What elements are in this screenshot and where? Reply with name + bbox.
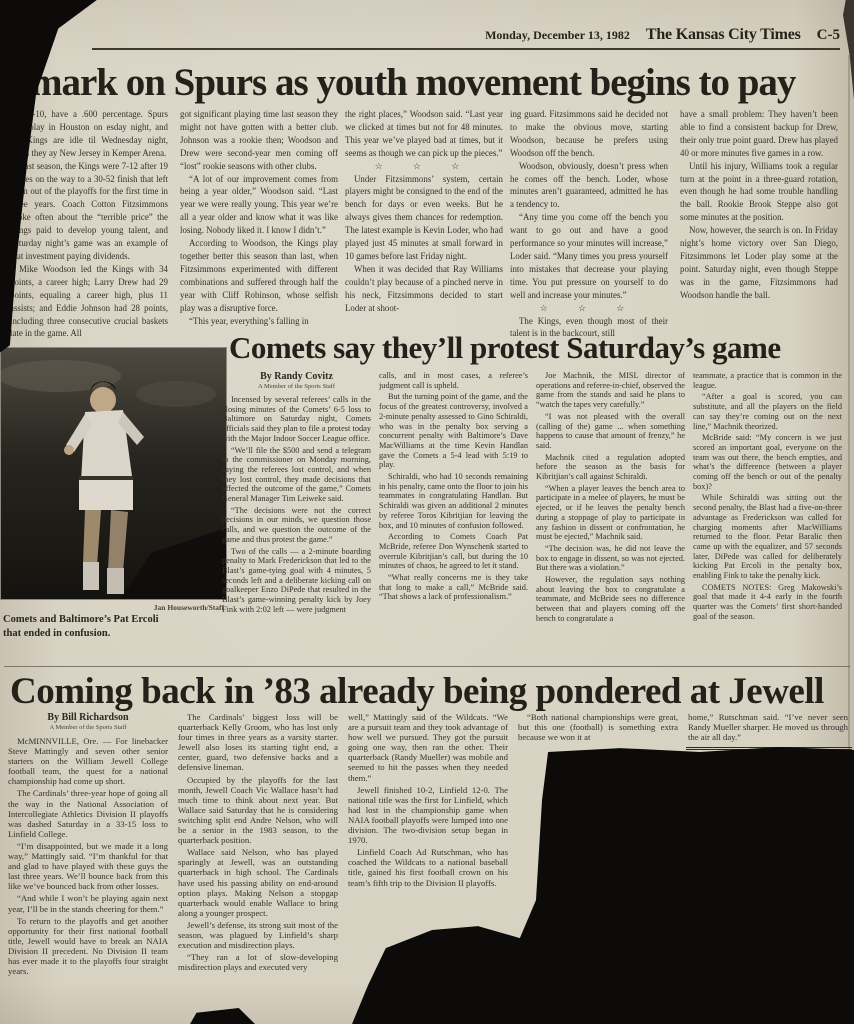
- photo-credit: Jan Houseworth/Staff: [0, 603, 224, 612]
- comets-column-4: teammate, a practice that is common in t…: [693, 371, 842, 666]
- masthead-page-number: C-5: [817, 27, 840, 44]
- paragraph: Occupied by the playoffs for the last mo…: [178, 775, 338, 846]
- comets-column-3: Joe Machnik, the MISL director of operat…: [536, 371, 685, 666]
- paragraph: “The decisions were not the correct deci…: [222, 506, 371, 545]
- paragraph: Mike Woodson led the Kings with 34 point…: [10, 263, 168, 340]
- jewell-column-1: By Bill Richardson A Member of the Sport…: [8, 712, 168, 1014]
- masthead-rule: [92, 48, 840, 50]
- paragraph: “Any time you come off the bench you wan…: [510, 211, 668, 301]
- spurs-column-1: rs, 15-10, have a .600 percentage. Spurs…: [10, 108, 168, 340]
- paragraph: calls, and in most cases, a referee’s ju…: [379, 371, 528, 390]
- newspaper-page: Monday, December 13, 1982 The Kansas Cit…: [0, 0, 854, 1024]
- paragraph: COMETS NOTES: Greg Makowski’s goal that …: [693, 583, 842, 622]
- paragraph: To return to the playoffs and get anothe…: [8, 916, 168, 977]
- spurs-column-3: the right places,” Woodson said. “Last y…: [345, 108, 503, 340]
- jewell-column-3: well,” Mattingly said of the Wildcats. “…: [348, 712, 508, 952]
- paragraph: “What really concerns me is they take th…: [379, 573, 528, 602]
- paragraph: When it was decided that Ray Williams co…: [345, 263, 503, 315]
- jewell-column-1-text: McMINNVILLE, Ore. — For linebacker Steve…: [8, 736, 168, 976]
- jewell-headline: Coming back in ’83 already being pondere…: [10, 670, 824, 713]
- jewell-section-rule: [4, 666, 850, 667]
- star-separator: ☆ ☆ ☆: [510, 302, 668, 315]
- paragraph: Under Fitzsimmons’ system, certain playe…: [345, 173, 503, 263]
- paragraph: While Schiraldi was sitting out the seco…: [693, 493, 842, 580]
- comets-column-1-text: Incensed by several referees’ calls in t…: [222, 395, 371, 614]
- paragraph: Incensed by several referees’ calls in t…: [222, 395, 371, 444]
- paragraph: the right places,” Woodson said. “Last y…: [345, 108, 503, 160]
- comets-headline: Comets say they’ll protest Saturday’s ga…: [229, 330, 781, 366]
- jewell-byline: By Bill Richardson A Member of the Sport…: [8, 712, 168, 732]
- paragraph: Jewell’s defense, its strong suit most o…: [178, 920, 338, 950]
- paragraph: The Cardinals’ three-year hope of going …: [8, 788, 168, 838]
- paragraph: Two of the calls — a 2-minute boarding p…: [222, 547, 371, 615]
- spurs-column-4: ing guard. Fitzsimmons said he decided n…: [510, 108, 668, 340]
- comets-byline: By Randy Covitz A Member of the Sports S…: [222, 371, 371, 391]
- paragraph: “The decision was, he did not leave the …: [536, 544, 685, 573]
- masthead-paper-name: The Kansas City Times: [646, 26, 801, 44]
- jewell-column-2: The Cardinals’ biggest loss will be quar…: [178, 712, 338, 1014]
- paragraph: McBride said: “My concern is we just sco…: [693, 433, 842, 491]
- paragraph: McMINNVILLE, Ore. — For linebacker Steve…: [8, 736, 168, 786]
- paragraph: got significant playing time last season…: [180, 108, 338, 173]
- paragraph: well,” Mattingly said of the Wildcats. “…: [348, 712, 508, 783]
- soccer-photo-image: [1, 348, 226, 599]
- paragraph: According to Comets Coach Pat McBride, r…: [379, 532, 528, 571]
- masthead: Monday, December 13, 1982 The Kansas Cit…: [360, 26, 840, 44]
- paragraph: Until his injury, Williams took a regula…: [680, 160, 838, 225]
- paragraph: “They ran a lot of slow-developing misdi…: [178, 952, 338, 972]
- paragraph: Now, however, the search is on. In Frida…: [680, 224, 838, 301]
- masthead-date: Monday, December 13, 1982: [485, 28, 630, 43]
- paragraph: Machnik cited a regulation adopted befor…: [536, 453, 685, 482]
- paragraph: According to Woodson, the Kings play tog…: [180, 237, 338, 314]
- comets-column-1: By Randy Covitz A Member of the Sports S…: [222, 371, 371, 666]
- paragraph: “We’ll file the $500 and send a telegram…: [222, 446, 371, 504]
- spurs-column-2: got significant playing time last season…: [180, 108, 338, 340]
- star-separator: ☆ ☆ ☆: [345, 160, 503, 173]
- paragraph: Jewell finished 10-2, Linfield 12-0. The…: [348, 785, 508, 846]
- jewell-byline-name: By Bill Richardson: [8, 712, 168, 724]
- paragraph: “And while I won’t be playing again next…: [8, 893, 168, 913]
- jewell-column-4: “Both national championships were great,…: [518, 712, 678, 752]
- photo-caption-line-1: Comets and Baltimore’s Pat Ercoli: [3, 613, 227, 627]
- paragraph: teammate, a practice that is common in t…: [693, 371, 842, 390]
- paragraph: Linfield Coach Ad Rutschman, who has coa…: [348, 847, 508, 887]
- paragraph: “After a goal is scored, you can substit…: [693, 392, 842, 431]
- paragraph: “I’m disappointed, but we made it a long…: [8, 841, 168, 891]
- paragraph: “I was not pleased with the overall (cal…: [536, 412, 685, 451]
- comets-byline-org: A Member of the Sports Staff: [222, 383, 371, 391]
- paragraph: Schiraldi, who had 10 seconds remaining …: [379, 472, 528, 530]
- comets-column-2: calls, and in most cases, a referee’s ju…: [379, 371, 528, 666]
- spurs-column-5: have a small problem: They haven’t been …: [680, 108, 838, 340]
- paragraph: “This year, everything’s falling in: [180, 315, 338, 328]
- paragraph: rs, 15-10, have a .600 percentage. Spurs…: [10, 108, 168, 160]
- page-fold-line: [848, 55, 850, 790]
- paragraph: Last season, the Kings were 7-12 after 1…: [10, 160, 168, 263]
- paragraph: Joe Machnik, the MISL director of operat…: [536, 371, 685, 410]
- paragraph: home,” Rutschman said. “I’ve never seen …: [688, 712, 848, 742]
- paragraph: “When a player leaves the bench area to …: [536, 484, 685, 542]
- paragraph: Wallace said Nelson, who has played spar…: [178, 847, 338, 918]
- spurs-headline: mark on Spurs as youth movement begins t…: [30, 60, 795, 105]
- jewell-byline-org: A Member of the Sports Staff: [8, 724, 168, 732]
- soccer-photo: [0, 347, 227, 600]
- paragraph: However, the regulation says nothing abo…: [536, 575, 685, 624]
- paragraph: ing guard. Fitzsimmons said he decided n…: [510, 108, 668, 160]
- paragraph: But the turning point of the game, and t…: [379, 392, 528, 470]
- jewell-column-5: home,” Rutschman said. “I’ve never seen …: [688, 712, 848, 746]
- comets-byline-name: By Randy Covitz: [222, 371, 371, 383]
- paragraph: “A lot of our improvement comes from bei…: [180, 173, 338, 238]
- paragraph: Woodson, obviously, doesn’t press when h…: [510, 160, 668, 212]
- photo-caption: Comets and Baltimore’s Pat Ercoli that e…: [3, 613, 227, 640]
- photo-caption-line-2: that ended in confusion.: [3, 627, 227, 641]
- paragraph: The Cardinals’ biggest loss will be quar…: [178, 712, 338, 773]
- paragraph: have a small problem: They haven’t been …: [680, 108, 838, 160]
- paragraph: “Both national championships were great,…: [518, 712, 678, 742]
